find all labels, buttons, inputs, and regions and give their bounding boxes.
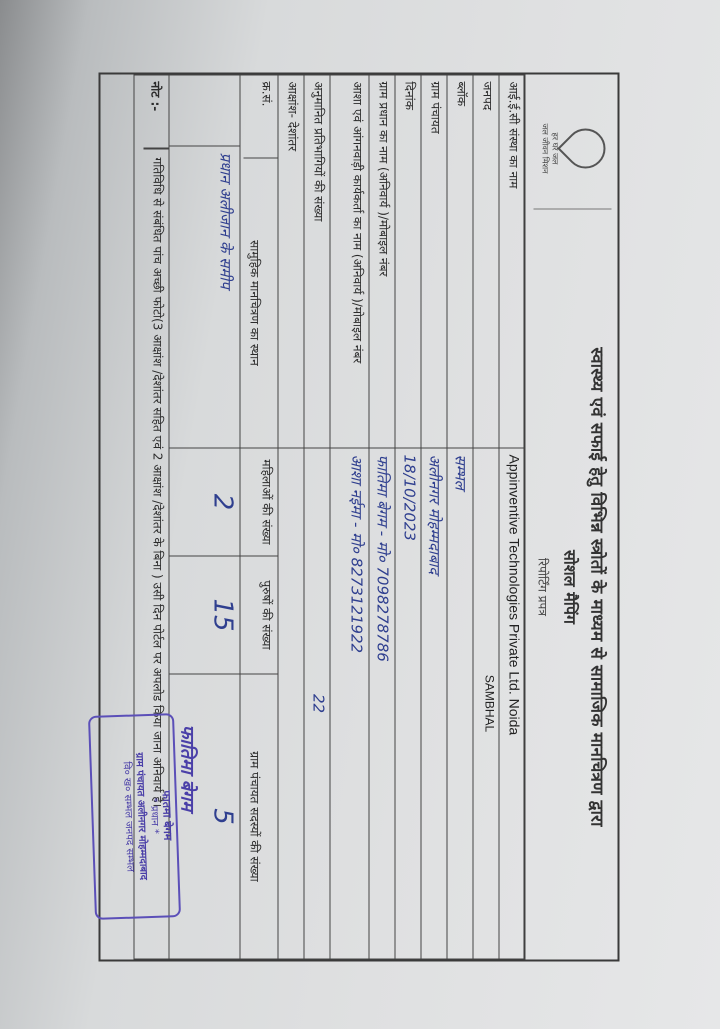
jal-jeevan-mission-logo: हर घर जल जल जीवन मिशन (534, 89, 612, 210)
asha-label: आशा एवं आंगनवाड़ी कार्यकर्ता का नाम (अनि… (330, 75, 369, 448)
participants-value: 22 (304, 448, 330, 959)
row-latlong: आक्षांश- देशांतर (278, 75, 304, 959)
serial-header: क्र.सं. (244, 76, 278, 159)
serial-value (170, 76, 240, 147)
detail-header-cell: क्र.सं. सामुहिक मानचित्रण का स्थान (240, 75, 278, 448)
row-gram-panchayat: ग्राम पंचायत अलीनगर मोहम्मदाबाद (421, 75, 447, 959)
block-value: सम्भल (447, 448, 473, 959)
pradhan-stamp: फातमा बेगम * प्रधान * ग्राम पंचायत अलीनग… (88, 713, 181, 920)
men-value: 15 (169, 556, 240, 674)
asha-value: आशा नईमा - मो० 8273121922 (330, 448, 369, 959)
form-title: स्वास्थ्य एवं सफाई हेतु विभिन्न स्त्रोतो… (587, 225, 610, 950)
row-block: ब्लॉक सम्भल (447, 75, 473, 959)
men-header: पुरुषों की संख्या (240, 556, 278, 674)
row-date: दिनांक 18/10/2023 (395, 75, 421, 959)
note-label: नोट :- (144, 76, 169, 150)
form-frame: हर घर जल जल जीवन मिशन स्वास्थ्य एवं सफाई… (99, 73, 620, 962)
row-isa: आई.ई.सी संस्था का नाम Appinventive Techn… (499, 75, 525, 959)
water-drop-icon (557, 120, 614, 177)
isa-label: आई.ई.सी संस्था का नाम (499, 75, 525, 448)
detail-header-row: क्र.सं. सामुहिक मानचित्रण का स्थान महिला… (240, 75, 278, 959)
women-value: 2 (169, 448, 240, 556)
isa-value: Appinventive Technologies Private Ltd. N… (499, 448, 525, 959)
location-value: प्रधान अलीजान के समीप (170, 147, 240, 448)
latlong-label: आक्षांश- देशांतर (278, 75, 304, 448)
detail-data-row: प्रधान अलीजान के समीप 2 15 5 (169, 75, 240, 959)
row-pradhan: ग्राम प्रधान का नाम (अनिवार्य )/मोबाइल न… (369, 75, 395, 959)
participants-label: अनुमानित प्रतिभागियों की संख्या (304, 75, 330, 448)
gram-panchayat-value: अलीनगर मोहम्मदाबाद (421, 448, 447, 959)
gram-panchayat-label: ग्राम पंचायत (421, 75, 447, 448)
date-label: दिनांक (395, 75, 421, 448)
pradhan-signature: फातिमा बेगम (176, 725, 200, 811)
report-label: रिपोर्टिंग प्रपत्र (535, 225, 552, 950)
location-header: सामुहिक मानचित्रण का स्थान (244, 159, 278, 448)
gp-members-value: 5 (169, 674, 240, 959)
pradhan-label: ग्राम प्रधान का नाम (अनिवार्य )/मोबाइल न… (369, 75, 395, 448)
row-asha: आशा एवं आंगनवाड़ी कार्यकर्ता का नाम (अनि… (330, 75, 369, 959)
form-subtitle: सोशल मैपिंग (560, 225, 582, 950)
form-table: आई.ई.सी संस्था का नाम Appinventive Techn… (134, 75, 526, 960)
district-value: SAMBHAL (473, 448, 499, 959)
detail-data-cell: प्रधान अलीजान के समीप (169, 75, 240, 448)
gp-members-header: ग्राम पंचायत सदस्यों की संख्या (240, 674, 278, 959)
logo-text-line-2: जल जीवन मिशन (540, 123, 550, 173)
women-header: महिलाओं की संख्या (240, 448, 278, 556)
row-district: जनपद SAMBHAL (473, 75, 499, 959)
rotated-form-sheet: हर घर जल जल जीवन मिशन स्वास्थ्य एवं सफाई… (93, 63, 628, 968)
date-value: 18/10/2023 (395, 448, 421, 959)
form-header: हर घर जल जल जीवन मिशन स्वास्थ्य एवं सफाई… (524, 75, 618, 960)
block-label: ब्लॉक (447, 75, 473, 448)
row-participants: अनुमानित प्रतिभागियों की संख्या 22 (304, 75, 330, 959)
pradhan-value: फातिमा बेगम - मो० 7098278786 (369, 448, 395, 959)
district-label: जनपद (473, 75, 499, 448)
latlong-value (278, 448, 304, 959)
